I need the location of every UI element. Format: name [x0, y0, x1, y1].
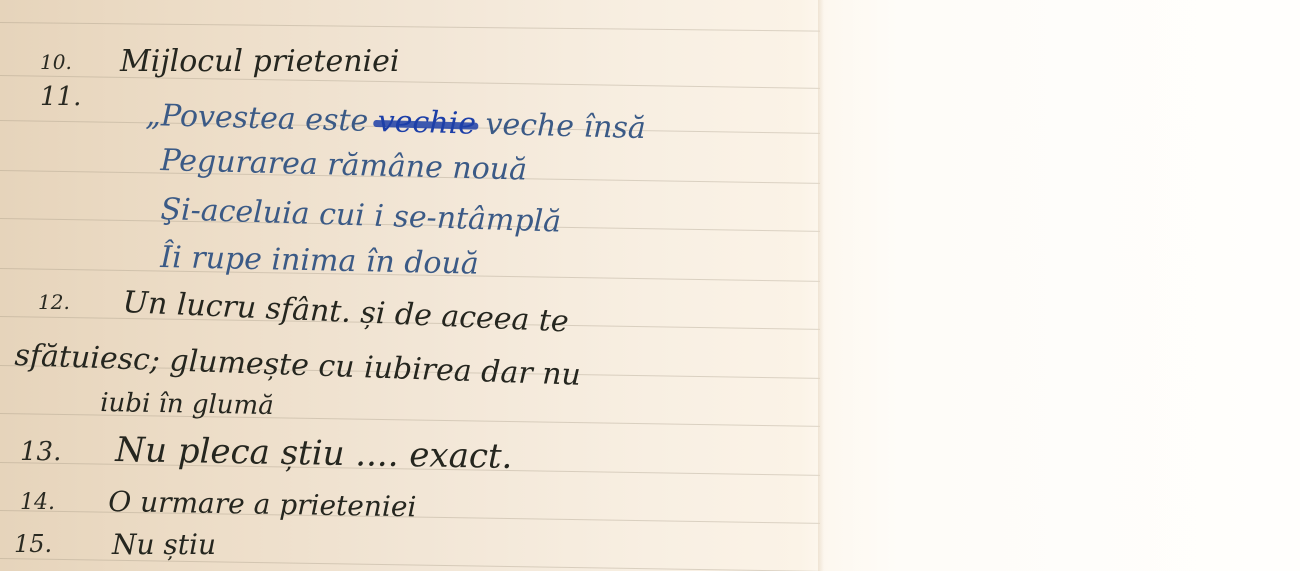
- entry-text: Un lucru sfânt. și de aceea te: [122, 285, 569, 339]
- entry-number: 13.: [20, 437, 61, 467]
- entry-text: sfătuiesc; glumește cu iubirea dar nu: [14, 338, 581, 393]
- entry-number: 10.: [40, 50, 72, 74]
- entry-number: 15.: [14, 530, 52, 558]
- poem-line-end: veche însă: [485, 107, 646, 146]
- entry-text: Nu pleca știu .... exact.: [115, 430, 513, 477]
- poem-line-start: „Povestea este: [145, 98, 369, 139]
- poem-line: Pegurarea rămâne nouă: [160, 143, 527, 188]
- poem-line: „Povestea este vechie veche însă: [145, 98, 646, 146]
- entry-number: 12.: [38, 290, 70, 314]
- notebook-page: 10. Mijlocul prieteniei 11. „Povestea es…: [0, 0, 1300, 571]
- entry-text: O urmare a prieteniei: [108, 485, 417, 523]
- poem-line: Şi-aceluia cui i se-ntâmplă: [160, 192, 562, 240]
- entry-text: iubi în glumă: [100, 388, 274, 421]
- page-edge: [818, 0, 824, 571]
- poem-line: Îi rupe inima în două: [160, 240, 479, 282]
- entry-text: Mijlocul prieteniei: [120, 44, 400, 79]
- entry-number: 11.: [40, 82, 81, 112]
- ruled-line: [0, 22, 820, 32]
- entry-number: 14.: [20, 490, 55, 515]
- entry-text: Nu știu: [112, 528, 216, 561]
- struck-word: vechie: [377, 104, 476, 142]
